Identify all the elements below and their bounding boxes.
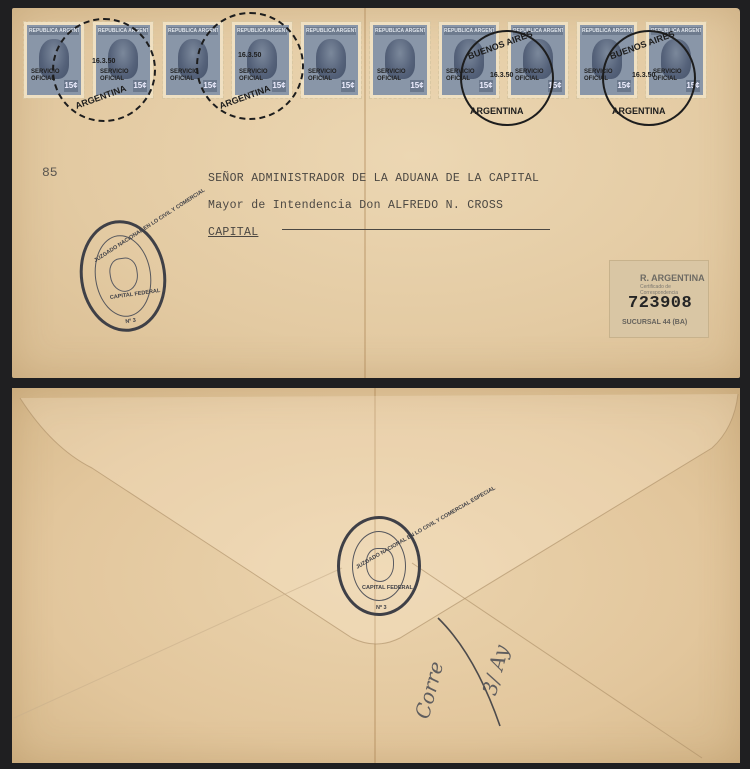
stamp-value: 15¢ [410,80,424,92]
seal-inner-text: CAPITAL FEDERAL [362,585,413,591]
address-line-2: Mayor de Intendencia Don ALFREDO N. CROS… [208,192,539,219]
postmark-4: BUENOS AIRES ARGENTINA 16.3.50 [602,30,696,126]
registration-label: R. ARGENTINA Certificado de Corresponden… [609,260,709,338]
address-block: SEÑOR ADMINISTRADOR DE LA ADUANA DE LA C… [208,165,539,246]
court-seal-front: JUZGADO NACIONAL EN LO CIVIL Y COMERCIAL… [73,215,174,338]
envelope-back: JUZGADO NACIONAL EN LO CIVIL Y COMERCIAL… [12,388,740,763]
postmark-1: ARGENTINA 16.3.50 [52,18,156,122]
stamp: REPUBLICA ARGENTINASERVICIOOFICIAL15¢ [370,22,430,98]
address-line-3: CAPITAL [208,219,539,246]
stamp-header: REPUBLICA ARGENTINA [306,27,356,35]
stamp-header: REPUBLICA ARGENTINA [582,27,632,35]
registration-number: 723908 [628,294,692,313]
postmark-3: BUENOS AIRES ARGENTINA 16.3.50 [460,30,554,126]
seal-outer-text: JUZGADO NACIONAL EN LO CIVIL Y COMERCIAL [93,188,206,264]
address-line-1: SEÑOR ADMINISTRADOR DE LA ADUANA DE LA C… [208,165,539,192]
address-underline [282,229,550,230]
stamp-overprint: SERVICIOOFICIAL [377,69,406,83]
seal-bottom-text: Nº 3 [376,605,387,611]
label-branch: SUCURSAL 44 (BA) [622,319,687,326]
stamp-overprint: SERVICIOOFICIAL [170,69,199,83]
stamp-overprint: SERVICIOOFICIAL [308,69,337,83]
seal-bottom-text: Nº 3 [125,318,136,325]
label-country: R. ARGENTINA [640,273,705,283]
stamp-value: 15¢ [341,80,355,92]
reference-number: 85 [42,165,58,180]
postmark-2: ARGENTINA 16.3.50 [196,12,304,120]
court-seal-back: JUZGADO NACIONAL EN LO CIVIL Y COMERCIAL… [337,516,421,616]
stamp: REPUBLICA ARGENTINASERVICIOOFICIAL15¢ [301,22,361,98]
stamp-header: REPUBLICA ARGENTINA [375,27,425,35]
